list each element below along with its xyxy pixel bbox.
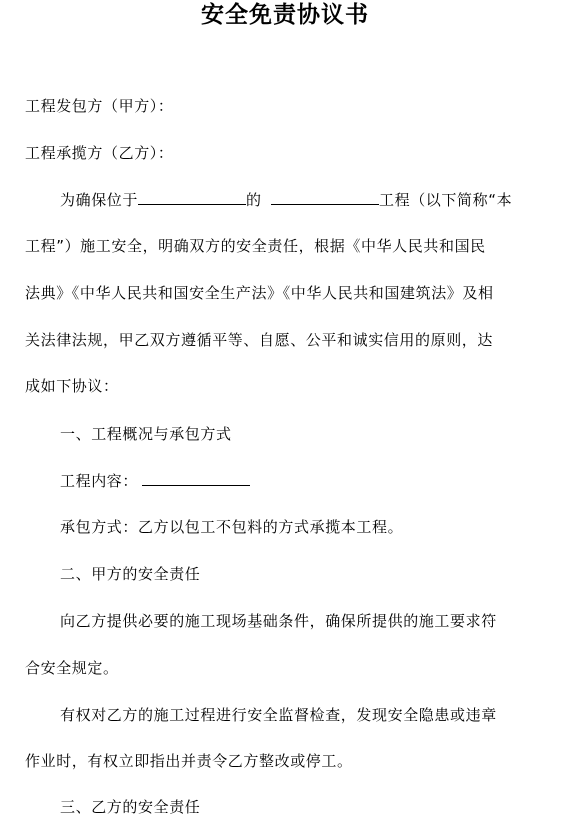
section-3-heading: 三、乙方的安全责任 xyxy=(60,797,200,817)
section-2-heading: 二、甲方的安全责任 xyxy=(60,564,200,584)
intro-line-2: 工程”）施工安全，明确双方的安全责任，根据《中华人民共和国民 xyxy=(25,236,486,256)
section-2-para-1-line-2: 合安全规定。 xyxy=(25,658,119,678)
document-title: 安全免责协议书 xyxy=(0,0,570,30)
party-a-label: 工程发包方（甲方）： xyxy=(25,96,174,116)
section-2-para-2-line-1: 有权对乙方的施工过程进行安全监督检查，发现安全隐患或违章 xyxy=(60,705,497,725)
party-b-label: 工程承揽方（乙方）： xyxy=(25,143,174,163)
intro-line-1: 为确保位于的 工程（以下简称“本 xyxy=(60,190,512,210)
project-content-label: 工程内容： xyxy=(60,472,138,490)
project-name-blank-field[interactable] xyxy=(271,190,379,205)
project-content-blank-field[interactable] xyxy=(142,471,250,486)
section-2-para-1-line-1: 向乙方提供必要的施工现场基础条件，确保所提供的施工要求符 xyxy=(60,611,497,631)
intro-text-located: 为确保位于 xyxy=(60,191,138,209)
location-blank-field[interactable] xyxy=(138,190,246,205)
section-1-heading: 一、工程概况与承包方式 xyxy=(60,424,232,444)
intro-text-of: 的 xyxy=(246,191,262,209)
intro-line-3: 法典》《中华人民共和国安全生产法》《中华人民共和国建筑法》及相 xyxy=(25,283,494,303)
intro-text-project: 工程（以下简称“本 xyxy=(379,191,512,209)
contract-method: 承包方式：乙方以包工不包料的方式承揽本工程。 xyxy=(60,517,403,537)
section-2-para-2-line-2: 作业时，有权立即指出并责令乙方整改或停工。 xyxy=(25,751,353,771)
project-content-row: 工程内容： xyxy=(60,471,250,491)
intro-line-4: 关法律法规，甲乙双方遵循平等、自愿、公平和诚实信用的原则，达 xyxy=(25,330,493,350)
intro-line-5: 成如下协议： xyxy=(25,376,119,396)
